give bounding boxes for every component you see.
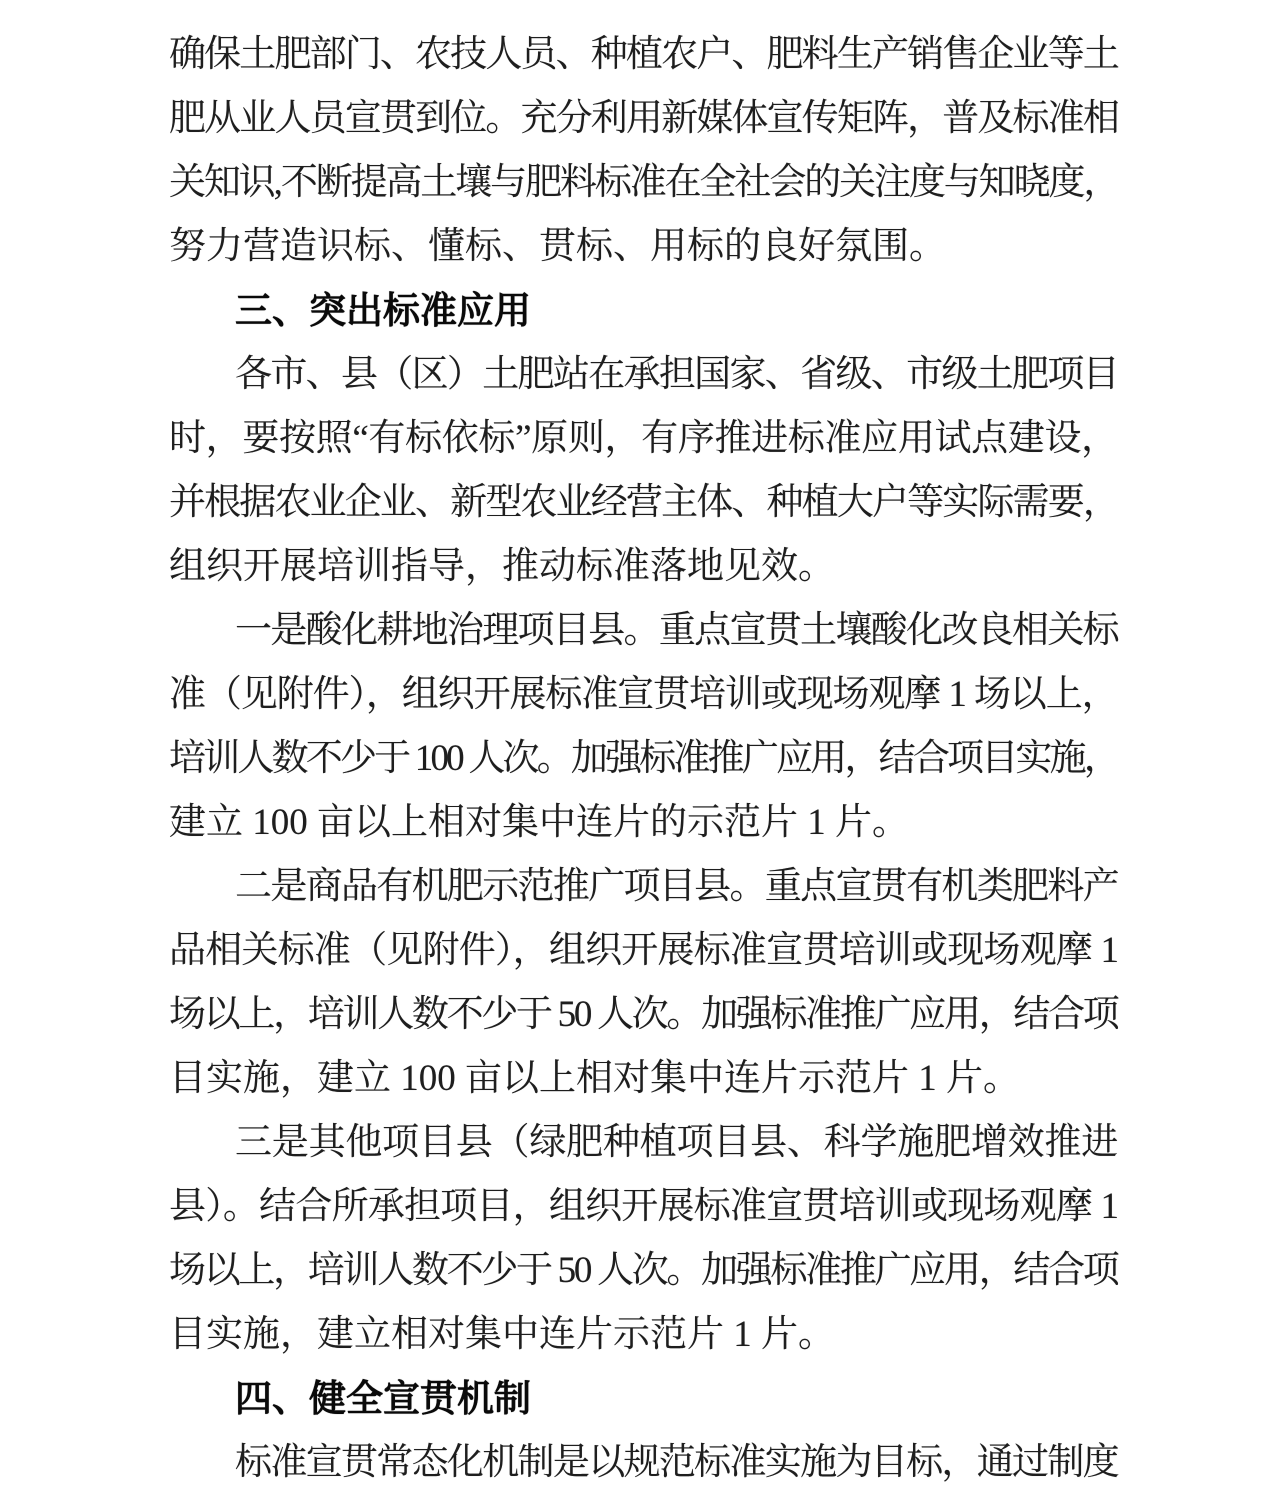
text-line-content: 场以上，培训人数不少于 50 人次。加强标准推广应用，结合项 [169, 983, 1118, 1047]
text-line-content: 三是其他项目县（绿肥种植项目县、科学施肥增效推进 [235, 1111, 1118, 1175]
text-line-content: 二是商品有机肥示范推广项目县。重点宣贯有机类肥料产 [235, 855, 1118, 919]
text-line: 二是商品有机肥示范推广项目县。重点宣贯有机类肥料产 [169, 855, 1118, 919]
text-line-content: 并根据农业企业、新型农业经营主体、种植大户等实际需要， [169, 471, 1118, 535]
text-line: 各市、县（区）土肥站在承担国家、省级、市级土肥项目 [169, 343, 1118, 407]
text-line-content: 一是酸化耕地治理项目县。重点宣贯土壤酸化改良相关标 [235, 599, 1118, 663]
text-line: 建立 100 亩以上相对集中连片的示范片 1 片。 [169, 791, 1118, 855]
text-line-content: 县）。结合所承担项目，组织开展标准宣贯培训或现场观摩 1 [169, 1175, 1118, 1239]
document-body: 确保土肥部门、农技人员、种植农户、肥料生产销售企业等土肥从业人员宣贯到位。充分利… [169, 23, 1118, 1495]
text-line: 培训人数不少于 100 人次。加强标准推广应用，结合项目实施， [169, 727, 1118, 791]
text-line-content: 肥从业人员宣贯到位。充分利用新媒体宣传矩阵，普及标准相 [169, 87, 1118, 151]
text-line: 关知识,不断提高土壤与肥料标准在全社会的关注度与知晓度， [169, 151, 1118, 215]
text-line: 肥从业人员宣贯到位。充分利用新媒体宣传矩阵，普及标准相 [169, 87, 1118, 151]
text-line: 一是酸化耕地治理项目县。重点宣贯土壤酸化改良相关标 [169, 599, 1118, 663]
text-line: 努力营造识标、懂标、贯标、用标的良好氛围。 [169, 215, 1118, 279]
text-line: 品相关标准（见附件），组织开展标准宣贯培训或现场观摩 1 [169, 919, 1118, 983]
text-line-content: 时，要按照“有标依标”原则，有序推进标准应用试点建设， [169, 407, 1118, 471]
section-heading: 三、突出标准应用 [169, 279, 1118, 343]
text-line-content: 培训人数不少于 100 人次。加强标准推广应用，结合项目实施， [169, 727, 1118, 791]
text-line-content: 努力营造识标、懂标、贯标、用标的良好氛围。 [169, 215, 946, 279]
section-heading: 四、健全宣贯机制 [169, 1367, 1118, 1431]
text-line-content: 关知识,不断提高土壤与肥料标准在全社会的关注度与知晓度， [169, 151, 1118, 215]
text-line-content: 标准宣贯常态化机制是以规范标准实施为目标，通过制度 [235, 1431, 1118, 1495]
scanned-document-page: 确保土肥部门、农技人员、种植农户、肥料生产销售企业等土肥从业人员宣贯到位。充分利… [0, 0, 1273, 1498]
text-line: 目实施，建立 100 亩以上相对集中连片示范片 1 片。 [169, 1047, 1118, 1111]
text-line-content: 四、健全宣贯机制 [235, 1367, 531, 1431]
text-line-content: 各市、县（区）土肥站在承担国家、省级、市级土肥项目 [235, 343, 1118, 407]
text-line: 目实施，建立相对集中连片示范片 1 片。 [169, 1303, 1118, 1367]
text-line: 时，要按照“有标依标”原则，有序推进标准应用试点建设， [169, 407, 1118, 471]
text-line: 组织开展培训指导，推动标准落地见效。 [169, 535, 1118, 599]
text-line: 标准宣贯常态化机制是以规范标准实施为目标，通过制度 [169, 1431, 1118, 1495]
text-line: 场以上，培训人数不少于 50 人次。加强标准推广应用，结合项 [169, 1239, 1118, 1303]
text-line-content: 确保土肥部门、农技人员、种植农户、肥料生产销售企业等土 [169, 23, 1118, 87]
text-line: 准（见附件），组织开展标准宣贯培训或现场观摩 1 场以上， [169, 663, 1118, 727]
text-line-content: 准（见附件），组织开展标准宣贯培训或现场观摩 1 场以上， [169, 663, 1118, 727]
text-line: 并根据农业企业、新型农业经营主体、种植大户等实际需要， [169, 471, 1118, 535]
text-line-content: 三、突出标准应用 [235, 279, 531, 343]
text-line-content: 目实施，建立相对集中连片示范片 1 片。 [169, 1303, 835, 1367]
text-line: 县）。结合所承担项目，组织开展标准宣贯培训或现场观摩 1 [169, 1175, 1118, 1239]
text-line: 场以上，培训人数不少于 50 人次。加强标准推广应用，结合项 [169, 983, 1118, 1047]
text-line-content: 建立 100 亩以上相对集中连片的示范片 1 片。 [169, 791, 909, 855]
text-line: 确保土肥部门、农技人员、种植农户、肥料生产销售企业等土 [169, 23, 1118, 87]
text-line-content: 场以上，培训人数不少于 50 人次。加强标准推广应用，结合项 [169, 1239, 1118, 1303]
text-line: 三是其他项目县（绿肥种植项目县、科学施肥增效推进 [169, 1111, 1118, 1175]
text-line-content: 组织开展培训指导，推动标准落地见效。 [169, 535, 835, 599]
text-line-content: 目实施，建立 100 亩以上相对集中连片示范片 1 片。 [169, 1047, 1020, 1111]
text-line-content: 品相关标准（见附件），组织开展标准宣贯培训或现场观摩 1 [169, 919, 1118, 983]
